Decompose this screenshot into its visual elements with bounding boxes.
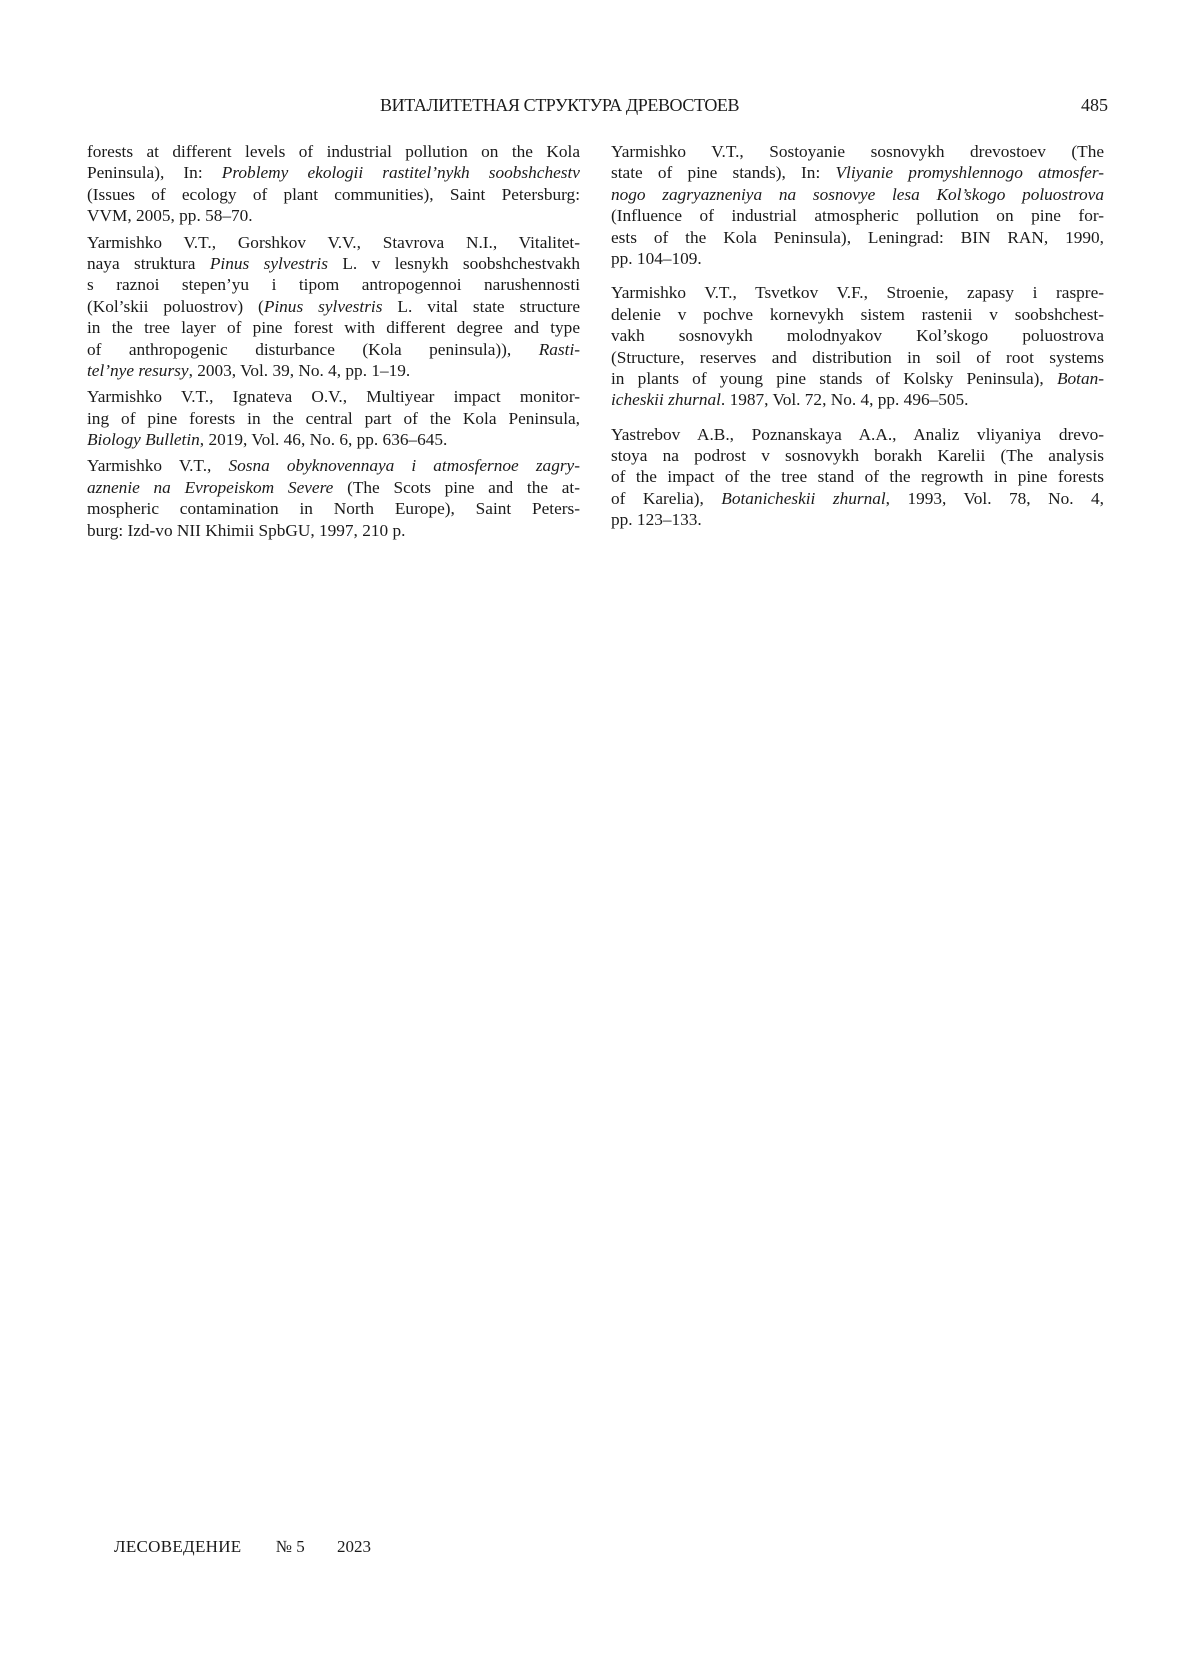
reference-text: stoya na podrost v sosnovykh borakh Kare… xyxy=(611,446,1104,465)
reference-entry: forests at different levels of industria… xyxy=(87,141,580,227)
reference-line: of anthropogenic disturbance (Kola penin… xyxy=(87,339,580,360)
reference-entry: Yastrebov A.B., Poznanskaya A.A., Analiz… xyxy=(611,424,1104,531)
reference-text: ests of the Kola Peninsula), Leningrad: … xyxy=(611,228,1104,247)
reference-line: Yarmishko V.T., Sosna obyknovennaya i at… xyxy=(87,455,580,476)
reference-line: s raznoi stepen’yu i tipom antropogennoi… xyxy=(87,274,580,295)
italic-title: tel’nye resursy xyxy=(87,361,189,380)
italic-title: icheskii zhurnal xyxy=(611,390,721,409)
italic-title: nogo zagryazneniya na sosnovye lesa Kol’… xyxy=(611,185,1104,204)
reference-column-right: Yarmishko V.T., Sostoyanie sosnovykh dre… xyxy=(611,141,1104,544)
reference-text: pp. 123–133. xyxy=(611,510,702,529)
page-footer: ЛЕСОВЕДЕНИЕ № 5 2023 xyxy=(114,1537,371,1557)
reference-line: of the impact of the tree stand of the r… xyxy=(611,466,1104,487)
reference-text: of Karelia), xyxy=(611,489,721,508)
italic-title: Biology Bulletin xyxy=(87,430,200,449)
reference-line: pp. 123–133. xyxy=(611,509,1104,530)
reference-line: Yarmishko V.T., Sostoyanie sosnovykh dre… xyxy=(611,141,1104,162)
reference-line: (Structure, reserves and distribution in… xyxy=(611,347,1104,368)
reference-line: burg: Izd-vo NII Khimii SpbGU, 1997, 210… xyxy=(87,520,580,541)
italic-title: Rasti- xyxy=(539,340,580,359)
italic-title: Botan- xyxy=(1057,369,1104,388)
reference-text: in plants of young pine stands of Kolsky… xyxy=(611,369,1057,388)
journal-name: ЛЕСОВЕДЕНИЕ xyxy=(114,1537,241,1557)
reference-line: tel’nye resursy, 2003, Vol. 39, No. 4, p… xyxy=(87,360,580,381)
reference-text: pp. 104–109. xyxy=(611,249,702,268)
italic-title: Pinus sylvestris xyxy=(264,297,383,316)
issue-number: № 5 xyxy=(276,1537,305,1557)
reference-line: of Karelia), Botanicheskii zhurnal, 1993… xyxy=(611,488,1104,509)
reference-line: ing of pine forests in the central part … xyxy=(87,408,580,429)
reference-text: s raznoi stepen’yu i tipom antropogennoi… xyxy=(87,275,580,294)
reference-line: mospheric contamination in North Europe)… xyxy=(87,498,580,519)
reference-column-left: forests at different levels of industria… xyxy=(87,141,580,546)
reference-text: in the tree layer of pine forest with di… xyxy=(87,318,580,337)
reference-line: VVM, 2005, pp. 58–70. xyxy=(87,205,580,226)
reference-line: icheskii zhurnal. 1987, Vol. 72, No. 4, … xyxy=(611,389,1104,410)
reference-text: L. vital state structure xyxy=(382,297,580,316)
page-number: 485 xyxy=(1081,95,1108,116)
reference-line: forests at different levels of industria… xyxy=(87,141,580,162)
reference-text: Yarmishko V.T., Ignateva O.V., Multiyear… xyxy=(87,387,580,406)
reference-line: stoya na podrost v sosnovykh borakh Kare… xyxy=(611,445,1104,466)
reference-text: (Influence of industrial atmospheric pol… xyxy=(611,206,1104,225)
reference-text: of anthropogenic disturbance (Kola penin… xyxy=(87,340,539,359)
italic-title: Botanicheskii zhurnal xyxy=(721,489,885,508)
reference-line: (Influence of industrial atmospheric pol… xyxy=(611,205,1104,226)
reference-text: of the impact of the tree stand of the r… xyxy=(611,467,1104,486)
reference-text: (The Scots pine and the at- xyxy=(333,478,580,497)
reference-line: Biology Bulletin, 2019, Vol. 46, No. 6, … xyxy=(87,429,580,450)
italic-title: Sosna obyknovennaya i atmosfernoe zagry- xyxy=(228,456,580,475)
reference-text: Yarmishko V.T., Tsvetkov V.F., Stroenie,… xyxy=(611,283,1104,302)
reference-line: Peninsula), In: Problemy ekologii rastit… xyxy=(87,162,580,183)
reference-text: , 2003, Vol. 39, No. 4, pp. 1–19. xyxy=(189,361,411,380)
reference-text: mospheric contamination in North Europe)… xyxy=(87,499,580,518)
reference-text: Yastrebov A.B., Poznanskaya A.A., Analiz… xyxy=(611,425,1104,444)
reference-text: , 2019, Vol. 46, No. 6, pp. 636–645. xyxy=(200,430,448,449)
reference-text: delenie v pochve kornevykh sistem rasten… xyxy=(611,305,1104,324)
reference-text: (Issues of ecology of plant communities)… xyxy=(87,185,580,204)
reference-text: ing of pine forests in the central part … xyxy=(87,409,580,428)
reference-line: aznenie na Evropeiskom Severe (The Scots… xyxy=(87,477,580,498)
reference-line: pp. 104–109. xyxy=(611,248,1104,269)
reference-text: vakh sosnovykh molodnyakov Kol’skogo pol… xyxy=(611,326,1104,345)
reference-text: Yarmishko V.T., Gorshkov V.V., Stavrova … xyxy=(87,233,580,252)
reference-text: burg: Izd-vo NII Khimii SpbGU, 1997, 210… xyxy=(87,521,405,540)
reference-text: (Kol’skii poluostrov) ( xyxy=(87,297,264,316)
reference-text: Peninsula), In: xyxy=(87,163,222,182)
italic-title: Pinus sylvestris xyxy=(210,254,328,273)
reference-text: L. v lesnykh soobshchestvakh xyxy=(328,254,580,273)
reference-text: state of pine stands), In: xyxy=(611,163,835,182)
reference-text: Yarmishko V.T., Sostoyanie sosnovykh dre… xyxy=(611,142,1104,161)
running-title: ВИТАЛИТЕТНАЯ СТРУКТУРА ДРЕВОСТОЕВ xyxy=(380,95,830,116)
reference-entry: Yarmishko V.T., Ignateva O.V., Multiyear… xyxy=(87,386,580,450)
reference-entry: Yarmishko V.T., Tsvetkov V.F., Stroenie,… xyxy=(611,282,1104,410)
reference-entry: Yarmishko V.T., Sosna obyknovennaya i at… xyxy=(87,455,580,541)
reference-line: Yastrebov A.B., Poznanskaya A.A., Analiz… xyxy=(611,424,1104,445)
reference-line: delenie v pochve kornevykh sistem rasten… xyxy=(611,304,1104,325)
reference-line: ests of the Kola Peninsula), Leningrad: … xyxy=(611,227,1104,248)
italic-title: Problemy ekologii rastitel’nykh soobshch… xyxy=(222,163,580,182)
reference-line: Yarmishko V.T., Tsvetkov V.F., Stroenie,… xyxy=(611,282,1104,303)
reference-text: naya struktura xyxy=(87,254,210,273)
reference-line: in plants of young pine stands of Kolsky… xyxy=(611,368,1104,389)
reference-entry: Yarmishko V.T., Gorshkov V.V., Stavrova … xyxy=(87,232,580,382)
reference-line: naya struktura Pinus sylvestris L. v les… xyxy=(87,253,580,274)
reference-line: vakh sosnovykh molodnyakov Kol’skogo pol… xyxy=(611,325,1104,346)
publication-year: 2023 xyxy=(337,1537,371,1557)
italic-title: aznenie na Evropeiskom Severe xyxy=(87,478,333,497)
reference-line: nogo zagryazneniya na sosnovye lesa Kol’… xyxy=(611,184,1104,205)
reference-line: Yarmishko V.T., Ignateva O.V., Multiyear… xyxy=(87,386,580,407)
reference-text: forests at different levels of industria… xyxy=(87,142,580,161)
reference-line: in the tree layer of pine forest with di… xyxy=(87,317,580,338)
reference-line: (Kol’skii poluostrov) (Pinus sylvestris … xyxy=(87,296,580,317)
reference-text: , 1993, Vol. 78, No. 4, xyxy=(886,489,1104,508)
reference-line: Yarmishko V.T., Gorshkov V.V., Stavrova … xyxy=(87,232,580,253)
reference-text: (Structure, reserves and distribution in… xyxy=(611,348,1104,367)
italic-title: Vliyanie promyshlennogo atmosfer- xyxy=(835,163,1104,182)
reference-text: . 1987, Vol. 72, No. 4, pp. 496–505. xyxy=(721,390,969,409)
reference-line: (Issues of ecology of plant communities)… xyxy=(87,184,580,205)
reference-text: VVM, 2005, pp. 58–70. xyxy=(87,206,253,225)
reference-entry: Yarmishko V.T., Sostoyanie sosnovykh dre… xyxy=(611,141,1104,269)
reference-text: Yarmishko V.T., xyxy=(87,456,228,475)
reference-line: state of pine stands), In: Vliyanie prom… xyxy=(611,162,1104,183)
